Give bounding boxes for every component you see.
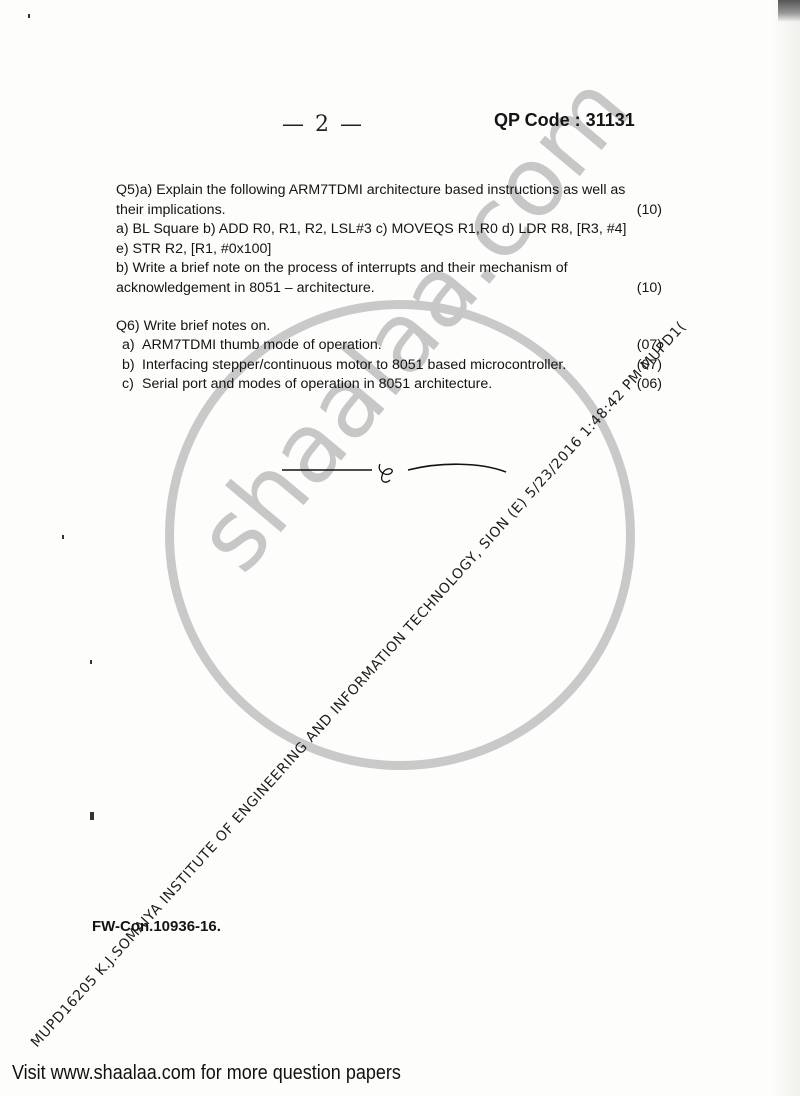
q5-line: a) BL Square b) ADD R0, R1, R2, LSL#3 c)… (116, 220, 662, 240)
line-text: acknowledgement in 8051 – architecture. (116, 279, 375, 299)
speck (28, 14, 30, 18)
qp-code: QP Code : 31131 (494, 110, 635, 131)
q5-line: b) Write a brief note on the process of … (116, 259, 662, 279)
item-text: Interfacing stepper/continuous motor to … (142, 357, 566, 373)
paper-reference: FW-Con.10936-16. (92, 918, 221, 935)
speck (90, 812, 94, 820)
q5-line: their implications.(10) (116, 201, 662, 221)
item-label: b) (122, 356, 142, 376)
q6-item: b)Interfacing stepper/continuous motor t… (116, 356, 662, 376)
marks: (10) (637, 279, 662, 299)
q5-line: acknowledgement in 8051 – architecture.(… (116, 279, 662, 299)
question-body: Q5)a) Explain the following ARM7TDMI arc… (116, 181, 662, 395)
q6-item: c)Serial port and modes of operation in … (116, 375, 662, 395)
scan-corner-artifact (778, 0, 800, 22)
question-5: Q5)a) Explain the following ARM7TDMI arc… (116, 181, 662, 299)
q6-item: a)ARM7TDMI thumb mode of operation.(07) (116, 336, 662, 356)
line-text: b) Write a brief note on the process of … (116, 259, 568, 279)
speck (62, 535, 64, 539)
end-of-paper-mark (280, 458, 510, 488)
page-number: — 2 — (282, 112, 364, 137)
q5-line: e) STR R2, [R1, #0x100] (116, 240, 662, 260)
item-text: ARM7TDMI thumb mode of operation. (142, 337, 382, 353)
page-edge-shadow (772, 0, 800, 1096)
marks: (10) (637, 201, 662, 221)
footer-visit-link[interactable]: Visit www.shaalaa.com for more question … (12, 1062, 401, 1085)
speck (90, 660, 92, 664)
item-label: c) (122, 375, 142, 395)
q5-line: Q5)a) Explain the following ARM7TDMI arc… (116, 181, 662, 201)
line-text: their implications. (116, 201, 226, 221)
line-text: Q5)a) Explain the following ARM7TDMI arc… (116, 181, 625, 201)
question-6: Q6) Write brief notes on. a)ARM7TDMI thu… (116, 317, 662, 395)
q6-title: Q6) Write brief notes on. (116, 317, 662, 337)
item-text: Serial port and modes of operation in 80… (142, 376, 492, 392)
line-text: e) STR R2, [R1, #0x100] (116, 240, 271, 260)
item-label: a) (122, 336, 142, 356)
line-text: a) BL Square b) ADD R0, R1, R2, LSL#3 c)… (116, 220, 626, 240)
